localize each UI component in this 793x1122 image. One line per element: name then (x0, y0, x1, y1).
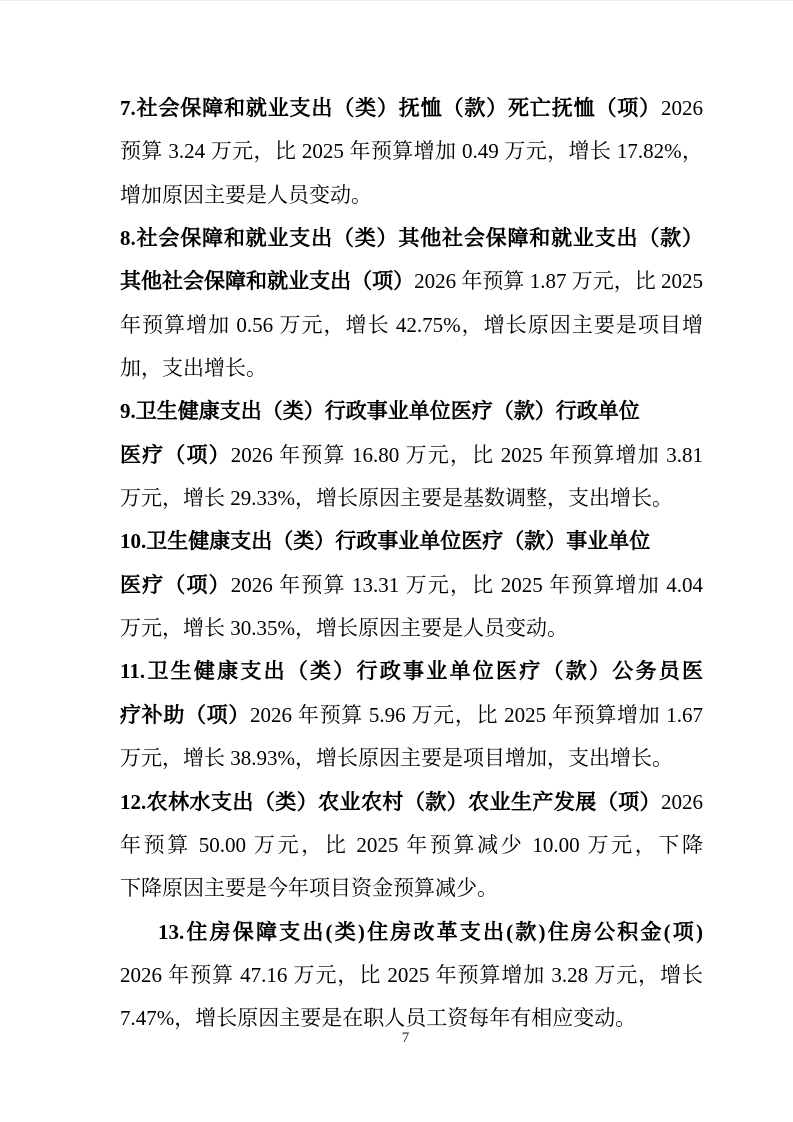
text-line: 9.卫生健康支出（类）行政事业单位医疗（款）行政单位 (120, 390, 703, 433)
bold-heading-run: 7.社会保障和就业支出（类）抚恤（款）死亡抚恤（项） (120, 96, 661, 120)
bold-heading-run: 其他社会保障和就业支出（项） (120, 269, 414, 293)
text-line: 年预算 50.00 万元，比 2025 年预算减少 10.00 万元，下降 16… (120, 824, 703, 867)
text-line: 11.卫生健康支出（类）行政事业单位医疗（款）公务员医 (120, 650, 703, 693)
body-text-run: 2026 年预算 1.87 万元，比 2025 (414, 269, 703, 293)
text-line: 疗补助（项）2026 年预算 5.96 万元，比 2025 年预算增加 1.67 (120, 694, 703, 737)
body-text-run: 万元，增长 29.33%，增长原因主要是基数调整，支出增长。 (120, 486, 673, 510)
bold-heading-run: 10.卫生健康支出（类）行政事业单位医疗（款）事业单位 (120, 529, 650, 553)
body-text-run: 2026 (661, 790, 703, 814)
text-line: 增加原因主要是人员变动。 (120, 174, 703, 217)
body-text-run: 预算 3.24 万元，比 2025 年预算增加 0.49 万元，增长 17.82… (120, 139, 703, 163)
bold-heading-run: 12.农林水支出（类）农业农村（款）农业生产发展（项） (120, 790, 661, 814)
text-line: 万元，增长 38.93%，增长原因主要是项目增加，支出增长。 (120, 737, 703, 780)
budget-item-7-death-pension: 7.社会保障和就业支出（类）抚恤（款）死亡抚恤（项）2026 年预算 3.24 … (120, 87, 703, 217)
body-text-run: 年预算 50.00 万元，比 2025 年预算减少 10.00 万元，下降 16… (120, 833, 703, 867)
bold-heading-run: 疗补助（项） (120, 703, 250, 727)
text-line: 加，支出增长。 (120, 347, 703, 390)
page-number: 7 (0, 1030, 793, 1047)
body-text-run: 年预算增加 0.56 万元，增长 42.75%，增长原因主要是项目增 (120, 313, 703, 337)
bold-heading-run: 8.社会保障和就业支出（类）其他社会保障和就业支出（款） (120, 226, 703, 250)
text-line: 10.卫生健康支出（类）行政事业单位医疗（款）事业单位 (120, 520, 703, 563)
document-page: 7.社会保障和就业支出（类）抚恤（款）死亡抚恤（项）2026 年预算 3.24 … (0, 0, 793, 1122)
text-line: 下降原因主要是今年项目资金预算减少。 (120, 867, 703, 910)
bold-heading-run: 13.住房保障支出(类)住房改革支出(款)住房公积金(项) (158, 920, 703, 944)
body-text-run: 加，支出增长。 (120, 356, 267, 380)
body-text-run: 2026 年预算 13.31 万元，比 2025 年预算增加 4.04 (231, 573, 703, 597)
text-line: 万元，增长 29.33%，增长原因主要是基数调整，支出增长。 (120, 477, 703, 520)
text-line: 万元，增长 30.35%，增长原因主要是人员变动。 (120, 607, 703, 650)
body-text-run: 2026 年预算 5.96 万元，比 2025 年预算增加 1.67 (250, 703, 703, 727)
text-line: 7.社会保障和就业支出（类）抚恤（款）死亡抚恤（项）2026 年 (120, 87, 703, 130)
text-line: 医疗（项）2026 年预算 16.80 万元，比 2025 年预算增加 3.81 (120, 434, 703, 477)
budget-item-13-housing-fund: 13.住房保障支出(类)住房改革支出(款)住房公积金(项)2026 年预算 47… (120, 911, 703, 1041)
budget-item-12-agriculture-production: 12.农林水支出（类）农业农村（款）农业生产发展（项）2026年预算 50.00… (120, 781, 703, 911)
body-text-run: 万元，增长 30.35%，增长原因主要是人员变动。 (120, 616, 568, 640)
body-text-run: 2026 年预算 16.80 万元，比 2025 年预算增加 3.81 (231, 443, 703, 467)
budget-item-9-admin-unit-medical: 9.卫生健康支出（类）行政事业单位医疗（款）行政单位医疗（项）2026 年预算 … (120, 390, 703, 520)
text-line: 年预算增加 0.56 万元，增长 42.75%，增长原因主要是项目增 (120, 304, 703, 347)
body-text-run: 增加原因主要是人员变动。 (120, 183, 372, 207)
budget-item-10-institution-medical: 10.卫生健康支出（类）行政事业单位医疗（款）事业单位医疗（项）2026 年预算… (120, 520, 703, 650)
body-text-run: 7.47%，增长原因主要是在职人员工资每年有相应变动。 (120, 1006, 636, 1030)
body-text-run: 万元，增长 38.93%，增长原因主要是项目增加，支出增长。 (120, 746, 673, 770)
text-line: 12.农林水支出（类）农业农村（款）农业生产发展（项）2026 (120, 781, 703, 824)
bold-heading-run: 医疗（项） (120, 443, 231, 467)
text-line: 其他社会保障和就业支出（项）2026 年预算 1.87 万元，比 2025 (120, 260, 703, 303)
bold-heading-run: 医疗（项） (120, 573, 231, 597)
text-line: 2026 年预算 47.16 万元，比 2025 年预算增加 3.28 万元，增… (120, 954, 703, 997)
text-line: 13.住房保障支出(类)住房改革支出(款)住房公积金(项) (120, 911, 703, 954)
budget-item-8-other-social-security: 8.社会保障和就业支出（类）其他社会保障和就业支出（款）其他社会保障和就业支出（… (120, 217, 703, 390)
bold-heading-run: 9.卫生健康支出（类）行政事业单位医疗（款）行政单位 (120, 399, 640, 423)
document-body: 7.社会保障和就业支出（类）抚恤（款）死亡抚恤（项）2026 年预算 3.24 … (120, 87, 703, 1041)
text-line: 医疗（项）2026 年预算 13.31 万元，比 2025 年预算增加 4.04 (120, 564, 703, 607)
text-line: 8.社会保障和就业支出（类）其他社会保障和就业支出（款） (120, 217, 703, 260)
body-text-run: 2026 年预算 47.16 万元，比 2025 年预算增加 3.28 万元，增… (120, 963, 703, 987)
budget-item-11-civil-servant-medical-subsidy: 11.卫生健康支出（类）行政事业单位医疗（款）公务员医疗补助（项）2026 年预… (120, 650, 703, 780)
bold-heading-run: 11.卫生健康支出（类）行政事业单位医疗（款）公务员医 (120, 659, 703, 683)
body-text-run: 下降原因主要是今年项目资金预算减少。 (120, 876, 498, 900)
text-line: 预算 3.24 万元，比 2025 年预算增加 0.49 万元，增长 17.82… (120, 130, 703, 173)
